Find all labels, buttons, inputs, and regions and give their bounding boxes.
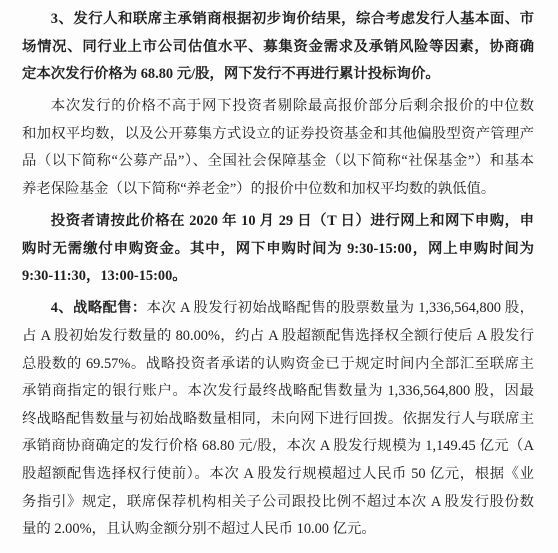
text-line: 承销商协商确定的发行价格 68.80 元/股，本次 A 股发行规模为 1,149… xyxy=(22,433,534,461)
text-line: 品（以下简称“公募产品”）、全国社会保障基金（以下简称“社保基金”）和基本 xyxy=(22,148,534,176)
text-line: 养老保险基金（以下简称“养老金”）的报价中位数和加权平均数的孰低值。 xyxy=(22,176,534,204)
text-line: 3、发行人和联席主承销商根据初步询价结果，综合考虑发行人基本面、市 xyxy=(22,6,534,34)
text-line: 购时无需缴付申购资金。其中，网下申购时间为 9:30-15:00，网上申购时间为 xyxy=(22,236,534,264)
text-line: 场情况、同行业上市公司估值水平、募集资金需求及承销风险等因素，协商确 xyxy=(22,34,534,62)
text-line: 本次发行的价格不高于网下投资者剔除最高报价部分后剩余报价的中位数 xyxy=(22,93,534,121)
strategic-placement-label: 4、战略配售： xyxy=(51,300,147,316)
text-line: 总股数的 69.57%。战略投资者承诺的认购资金已于规定时间内全部汇至联席主 xyxy=(22,351,534,379)
text-line: 9:30-11:30，13:00-15:00。 xyxy=(22,263,534,291)
paragraph-price-cap: 本次发行的价格不高于网下投资者剔除最高报价部分后剩余报价的中位数 和加权平均数，… xyxy=(22,93,534,203)
paragraph-strategic-placement: 4、战略配售：本次 A 股发行初始战略配售的股票数量为 1,336,564,80… xyxy=(22,295,534,543)
text-line: 投资者请按此价格在 2020 年 10 月 29 日（T 日）进行网上和网下申购… xyxy=(22,208,534,236)
text-line: 终战略配售数量与初始战略数量相同，未向网下进行回拨。依据发行人与联席主 xyxy=(22,406,534,434)
paragraph-issue-price: 3、发行人和联席主承销商根据初步询价结果，综合考虑发行人基本面、市 场情况、同行… xyxy=(22,6,534,89)
text-line: 股超额配售选择权行使前）。本次 A 股发行规模超过人民币 50 亿元，根据《业 xyxy=(22,461,534,489)
text-line: 定本次发行价格为 68.80 元/股，网下发行不再进行累计投标询价。 xyxy=(22,61,534,89)
text-line: 承销商指定的银行账户。本次发行最终战略配售数量为 1,336,564,800 股… xyxy=(22,378,534,406)
text-line: 务指引》规定，联席保荐机构相关子公司跟投比例不超过本次 A 股发行股份数 xyxy=(22,489,534,517)
text-line: 和加权平均数，以及公开募集方式设立的证券投资基金和其他偏股型资产管理产 xyxy=(22,121,534,149)
document-page: 3、发行人和联席主承销商根据初步询价结果，综合考虑发行人基本面、市 场情况、同行… xyxy=(0,0,558,553)
paragraph-subscription-date: 投资者请按此价格在 2020 年 10 月 29 日（T 日）进行网上和网下申购… xyxy=(22,208,534,291)
text-line: 量的 2.00%，且认购金额分别不超过人民币 10.00 亿元。 xyxy=(22,516,534,544)
text-line: 占 A 股初始发行数量的 80.00%，约占 A 股超额配售选择权全额行使后 A… xyxy=(22,323,534,351)
text-span: 本次 A 股发行初始战略配售的股票数量为 1,336,564,800 股， xyxy=(147,300,534,316)
text-line: 4、战略配售：本次 A 股发行初始战略配售的股票数量为 1,336,564,80… xyxy=(22,295,534,323)
